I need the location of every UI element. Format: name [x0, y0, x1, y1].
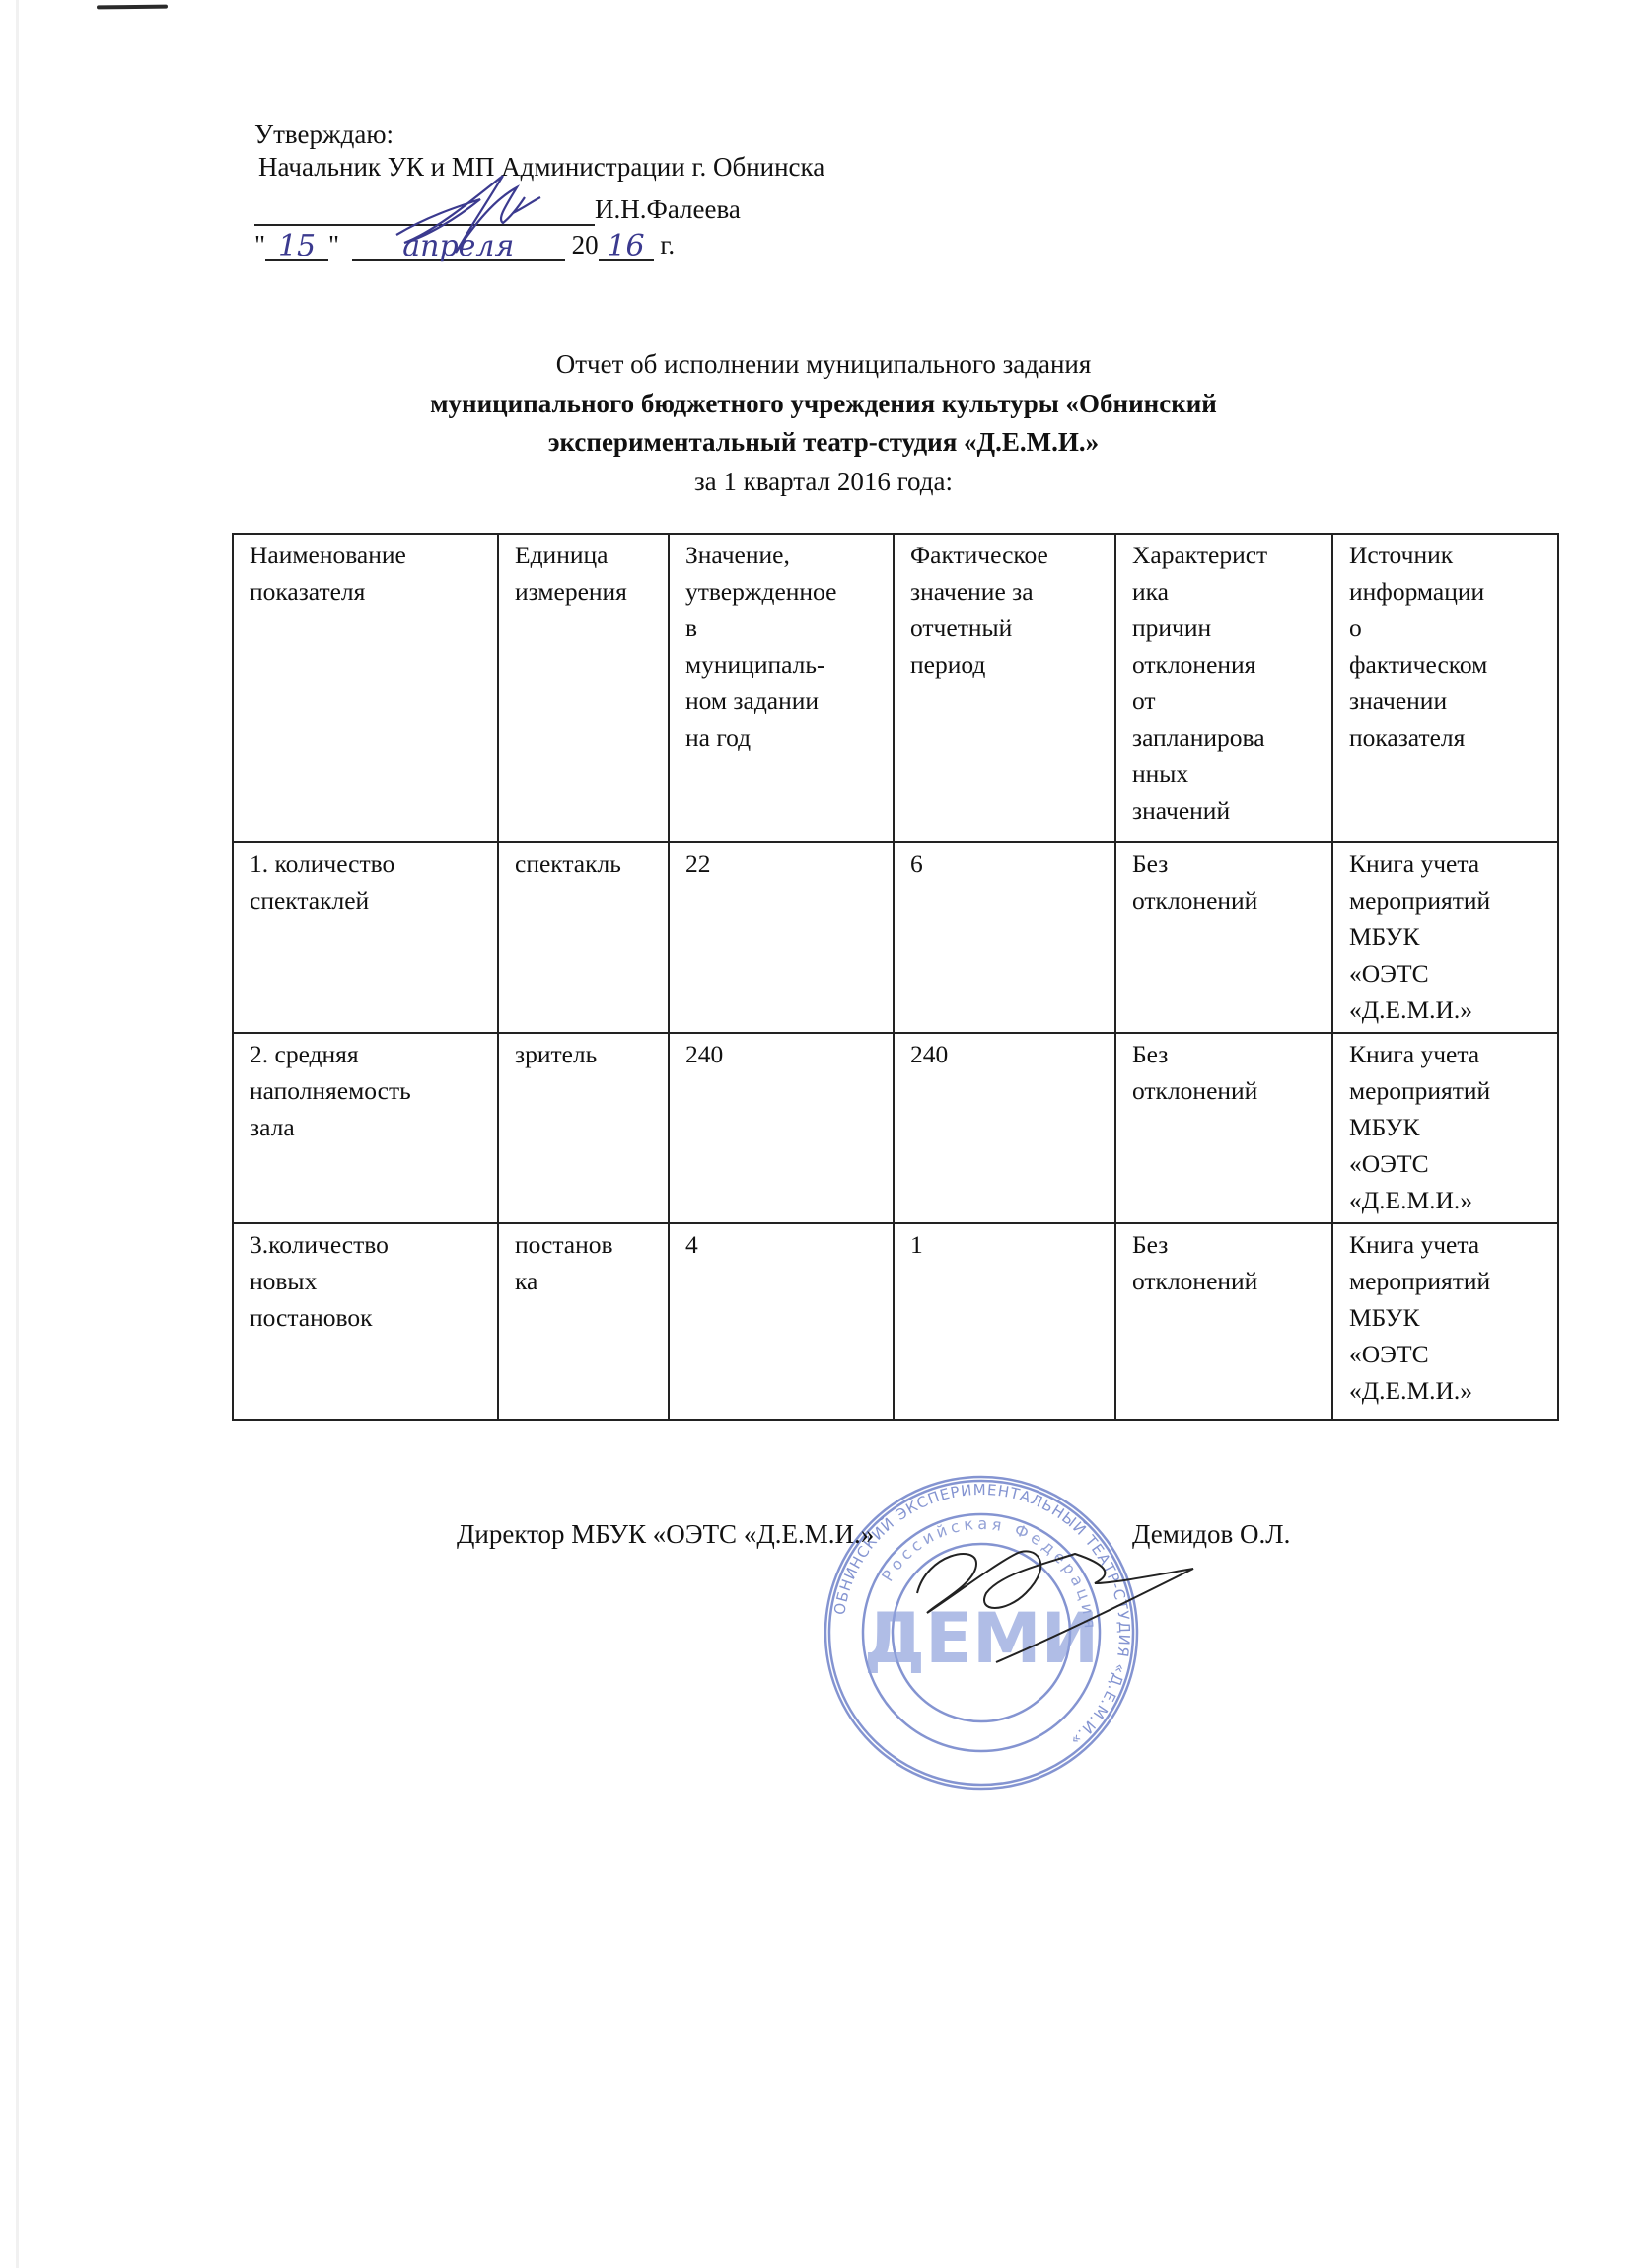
cell-indicator: 3.количество новых постановок — [233, 1223, 498, 1420]
cell-deviation: Без отклонений — [1115, 1223, 1332, 1420]
cell-source: Книга учета мероприятий МБУК «ОЭТС «Д.Е.… — [1332, 1223, 1558, 1420]
cell-planned: 4 — [669, 1223, 894, 1420]
approval-label: Утверждаю: — [254, 118, 394, 151]
cell-actual: 6 — [894, 842, 1115, 1033]
cell-actual: 1 — [894, 1223, 1115, 1420]
title-line-2: муниципального бюджетного учреждения кул… — [296, 385, 1351, 424]
table-row: 2. средняя наполняемость зала зритель 24… — [233, 1033, 1558, 1223]
table-row: 1. количество спектаклей спектакль 22 6 … — [233, 842, 1558, 1033]
scan-edge-shadow — [16, 0, 19, 2268]
title-line-3: экспериментальный театр-студия «Д.Е.М.И.… — [296, 423, 1351, 463]
cell-unit: спектакль — [498, 842, 669, 1033]
title-line-4: за 1 квартал 2016 года: — [296, 463, 1351, 502]
header-indicator: Наименование показателя — [233, 534, 498, 842]
cell-planned: 240 — [669, 1033, 894, 1223]
header-unit: Единица измерения — [498, 534, 669, 842]
corner-pen-mark — [97, 5, 168, 10]
header-source: Источник информации о фактическом значен… — [1332, 534, 1558, 842]
approval-date: "15" апреля 2016 г. — [254, 229, 675, 261]
table-row: 3.количество новых постановок постанов к… — [233, 1223, 1558, 1420]
date-day-field: 15 — [265, 230, 328, 261]
date-year-prefix: 20 — [572, 230, 599, 259]
cell-source: Книга учета мероприятий МБУК «ОЭТС «Д.Е.… — [1332, 842, 1558, 1033]
cell-deviation: Без отклонений — [1115, 842, 1332, 1033]
cell-indicator: 1. количество спектаклей — [233, 842, 498, 1033]
cell-deviation: Без отклонений — [1115, 1033, 1332, 1223]
cell-indicator: 2. средняя наполняемость зала — [233, 1033, 498, 1223]
approver-name: И.Н.Фалеева — [595, 194, 741, 224]
header-planned: Значение, утвержденное в муниципаль- ном… — [669, 534, 894, 842]
date-year-field: 16 — [599, 230, 654, 261]
cell-planned: 22 — [669, 842, 894, 1033]
cell-actual: 240 — [894, 1033, 1115, 1223]
director-signature-icon — [907, 1534, 1203, 1672]
indicators-table: Наименование показателя Единица измерени… — [232, 533, 1559, 1421]
date-month-field: апреля — [352, 230, 565, 261]
table-header-row: Наименование показателя Единица измерени… — [233, 534, 1558, 842]
cell-unit: постанов ка — [498, 1223, 669, 1420]
report-title: Отчет об исполнении муниципального задан… — [296, 345, 1351, 501]
header-deviation: Характерист ика причин отклонения от зап… — [1115, 534, 1332, 842]
director-title: Директор МБУК «ОЭТС «Д.Е.М.И.» — [457, 1519, 874, 1550]
header-actual: Фактическое значение за отчетный период — [894, 534, 1115, 842]
cell-source: Книга учета мероприятий МБУК «ОЭТС «Д.Е.… — [1332, 1033, 1558, 1223]
cell-unit: зритель — [498, 1033, 669, 1223]
title-line-1: Отчет об исполнении муниципального задан… — [296, 345, 1351, 385]
date-year-unit: г. — [660, 230, 675, 259]
